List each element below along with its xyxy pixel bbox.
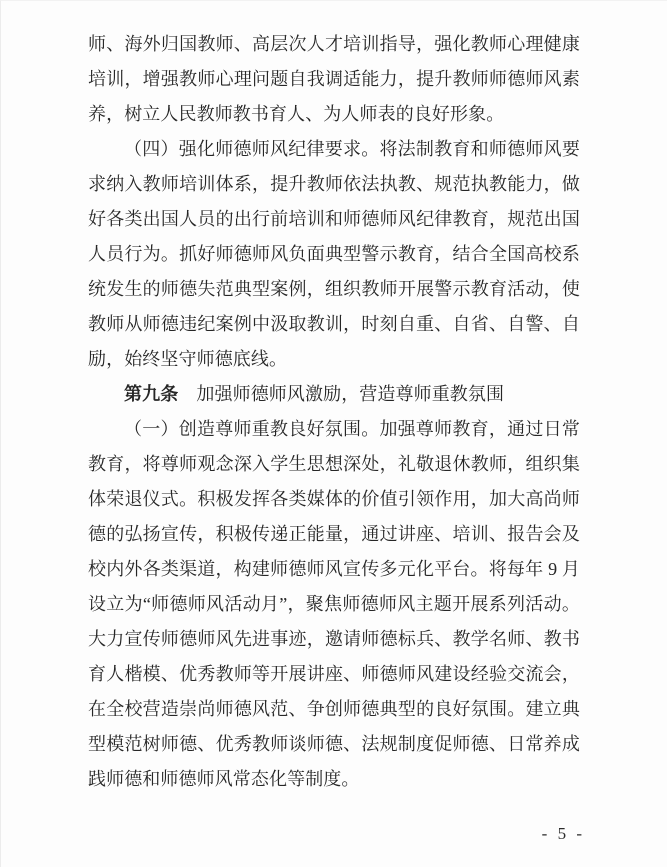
body-paragraph-item-1: （一）创造尊师重教良好氛围。加强尊师教育，通过日常教育，将尊师观念深入学生思想深…	[88, 412, 580, 797]
document-page: 师、海外归国教师、高层次人才培训指导，强化教师心理健康培训，增强教师心理问题自我…	[0, 0, 667, 867]
document-body: 师、海外归国教师、高层次人才培训指导，强化教师心理健康培训，增强教师心理问题自我…	[88, 27, 580, 797]
body-paragraph-item-4: （四）强化师德师风纪律要求。将法制教育和师德师风要求纳入教师培训体系，提升教师依…	[88, 132, 580, 377]
body-paragraph-article-9: 第九条 加强师德师风激励，营造尊师重教氛围	[88, 377, 580, 412]
page-number: - 5 -	[542, 823, 585, 845]
article-title-text: 加强师德师风激励，营造尊师重教氛围	[178, 384, 504, 404]
body-paragraph-continuation: 师、海外归国教师、高层次人才培训指导，强化教师心理健康培训，增强教师心理问题自我…	[88, 27, 580, 132]
article-number-label: 第九条	[124, 384, 178, 404]
